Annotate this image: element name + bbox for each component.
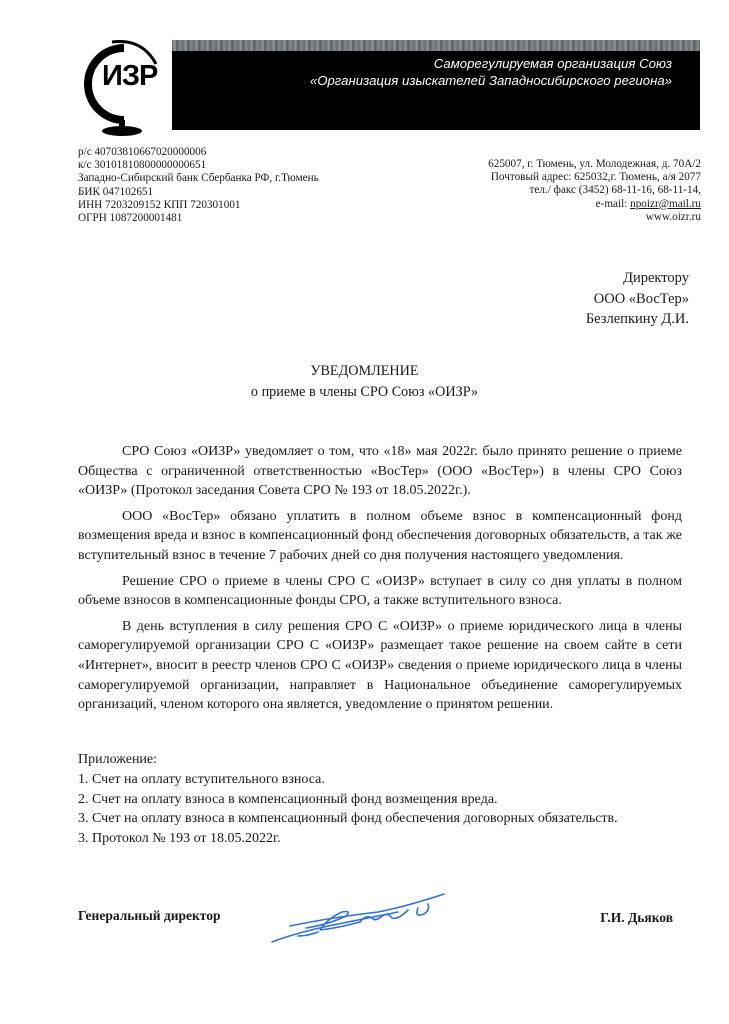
addressee-block: Директору ООО «ВосТер» Безлепкину Д.И. bbox=[586, 268, 689, 330]
bank-line: Западно-Сибирский банк Сбербанка РФ, г.Т… bbox=[78, 172, 319, 185]
bank-line: БИК 047102651 bbox=[78, 186, 319, 199]
postal-address-line: Почтовый адрес: 625032,г. Тюмень, а/я 20… bbox=[488, 171, 701, 184]
attachments-section: Приложение: 1. Счет на оплату вступитель… bbox=[78, 750, 618, 849]
attachment-item: 1. Счет на оплату вступительного взноса. bbox=[78, 770, 618, 790]
title-subheading: о приеме в члены СРО Союз «ОИЗР» bbox=[0, 382, 729, 403]
body-paragraph: ООО «ВосТер» обязано уплатить в полном о… bbox=[78, 507, 682, 566]
website-link[interactable]: www.oizr.ru bbox=[488, 211, 701, 224]
addressee-position: Директору bbox=[586, 268, 689, 289]
body-paragraph: В день вступления в силу решения СРО С «… bbox=[78, 617, 682, 715]
bank-line: ИНН 7203209152 КПП 720301001 bbox=[78, 199, 319, 212]
banner-texture-strip bbox=[172, 40, 700, 51]
organization-logo: ИЗР bbox=[72, 36, 172, 136]
bank-requisites: р/с 40703810667020000006 к/с 30101810800… bbox=[78, 146, 319, 225]
address-line: 625007, г. Тюмень, ул. Молодежная, д. 70… bbox=[488, 158, 701, 171]
body-paragraph: СРО Союз «ОИЗР» уведомляет о том, что «1… bbox=[78, 442, 682, 501]
contact-info: 625007, г. Тюмень, ул. Молодежная, д. 70… bbox=[488, 158, 701, 224]
header-banner: Саморегулируемая организация Союз «Орган… bbox=[172, 40, 700, 130]
addressee-company: ООО «ВосТер» bbox=[586, 289, 689, 310]
email-link[interactable]: npoizr@mail.ru bbox=[630, 198, 701, 210]
signature-icon bbox=[268, 888, 458, 948]
banner-line-2: «Организация изыскателей Западносибирско… bbox=[310, 72, 672, 89]
signatory-role: Генеральный директор bbox=[78, 908, 220, 924]
document-body: СРО Союз «ОИЗР» уведомляет о том, что «1… bbox=[78, 442, 682, 721]
attachment-item: 3. Счет на оплату взноса в компенсационн… bbox=[78, 809, 618, 829]
bank-line: ОГРН 1087200001481 bbox=[78, 212, 319, 225]
bank-line: к/с 30101810800000000651 bbox=[78, 159, 319, 172]
attachments-list: 1. Счет на оплату вступительного взноса.… bbox=[78, 770, 618, 849]
body-paragraph: Решение СРО о приеме в члены СРО С «ОИЗР… bbox=[78, 572, 682, 611]
signatory-name: Г.И. Дьяков bbox=[600, 910, 673, 926]
email-line: e-mail: npoizr@mail.ru bbox=[488, 198, 701, 211]
bank-line: р/с 40703810667020000006 bbox=[78, 146, 319, 159]
banner-text: Саморегулируемая организация Союз «Орган… bbox=[310, 55, 672, 89]
title-heading: УВЕДОМЛЕНИЕ bbox=[0, 361, 729, 382]
attachment-item: 3. Протокол № 193 от 18.05.2022г. bbox=[78, 829, 618, 849]
document-title: УВЕДОМЛЕНИЕ о приеме в члены СРО Союз «О… bbox=[0, 361, 729, 403]
handwritten-signature bbox=[268, 888, 458, 948]
email-label: e-mail: bbox=[596, 198, 630, 210]
addressee-name: Безлепкину Д.И. bbox=[586, 309, 689, 330]
phone-line: тел./ факс (3452) 68-11-16, 68-11-14, bbox=[488, 184, 701, 197]
attachment-item: 2. Счет на оплату взноса в компенсационн… bbox=[78, 790, 618, 810]
attachments-heading: Приложение: bbox=[78, 750, 618, 770]
logo-text: ИЗР bbox=[102, 60, 157, 93]
banner-line-1: Саморегулируемая организация Союз bbox=[310, 55, 672, 72]
